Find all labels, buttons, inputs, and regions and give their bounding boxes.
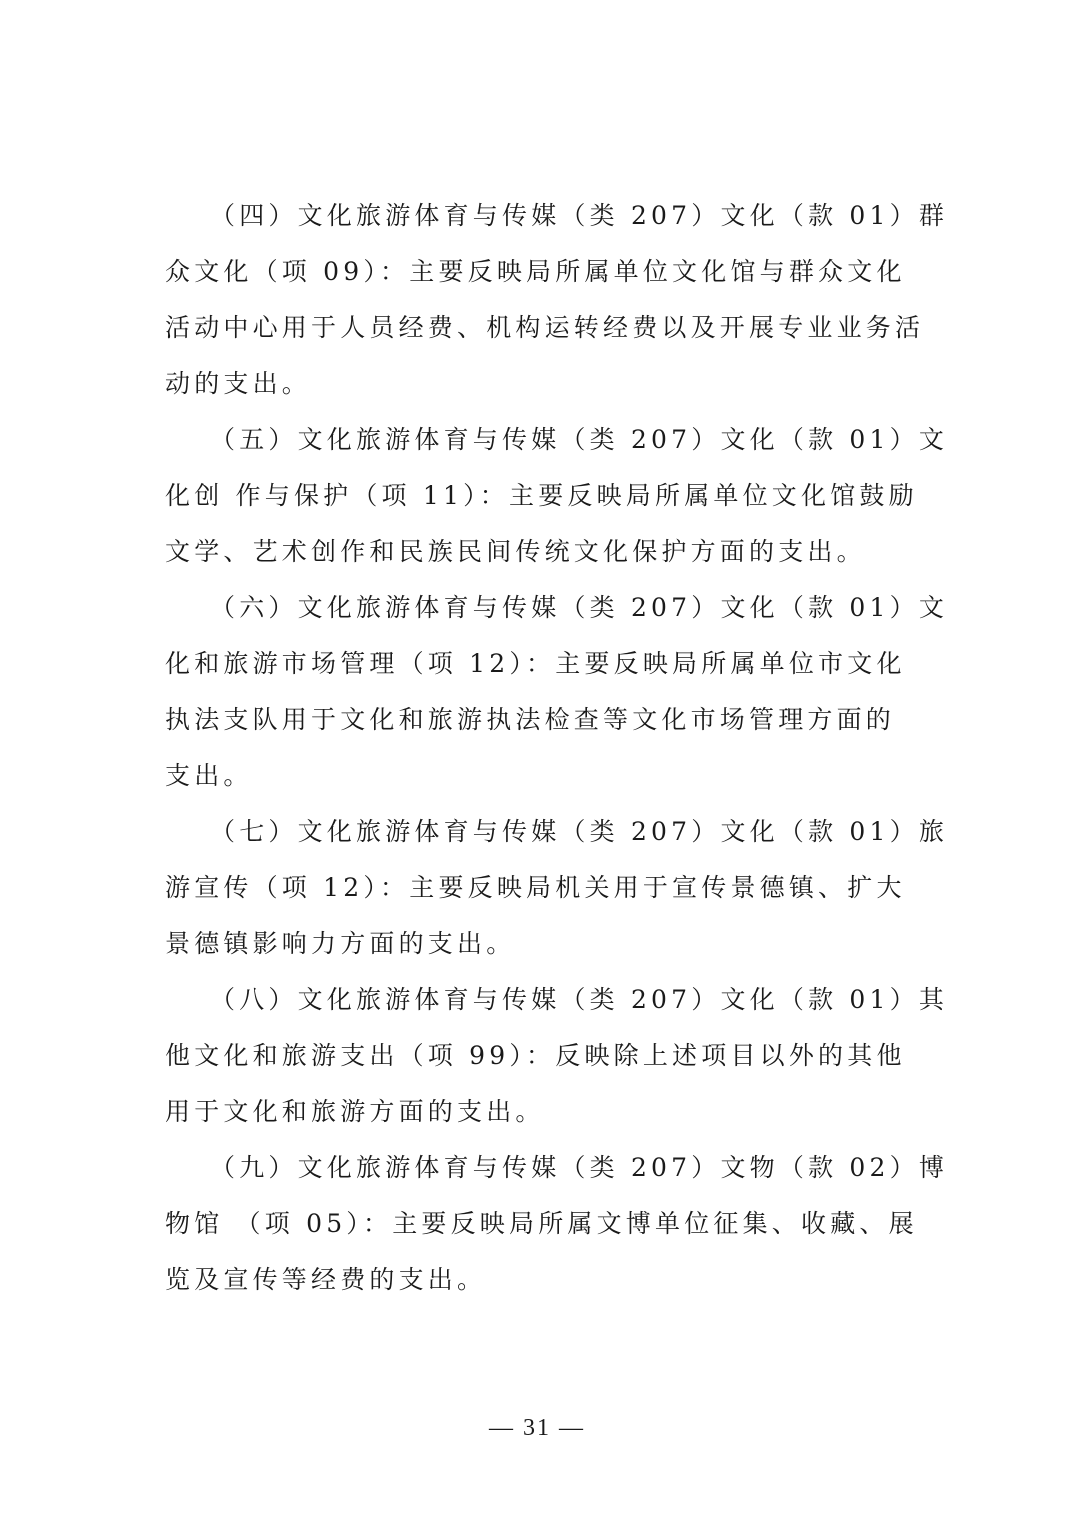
- paragraph-line: 文学、艺术创作和民族民间传统文化保护方面的支出。: [165, 536, 925, 568]
- paragraph-line: （七）文化旅游体育与传媒（类 207）文化（款 01）旅: [210, 816, 925, 848]
- paragraph-line: 化创 作与保护（项 11）：主要反映局所属单位文化馆鼓励: [165, 480, 925, 512]
- paragraph-line: 览及宣传等经费的支出。: [165, 1264, 925, 1296]
- paragraph-line: 执法支队用于文化和旅游执法检查等文化市场管理方面的: [165, 704, 925, 736]
- document-page: （四）文化旅游体育与传媒（类 207）文化（款 01）群 众文化（项 09）：主…: [0, 0, 1074, 1520]
- paragraph-line: 游宣传（项 12）：主要反映局机关用于宣传景德镇、扩大: [165, 872, 925, 904]
- paragraph-line: 动的支出。: [165, 368, 925, 400]
- paragraph-line: 他文化和旅游支出（项 99）：反映除上述项目以外的其他: [165, 1040, 925, 1072]
- paragraph-line: 众文化（项 09）：主要反映局所属单位文化馆与群众文化: [165, 256, 925, 288]
- paragraph-line: （九）文化旅游体育与传媒（类 207）文物（款 02）博: [210, 1152, 925, 1184]
- paragraph-line: （五）文化旅游体育与传媒（类 207）文化（款 01）文: [210, 424, 925, 456]
- page-number: — 31 —: [0, 1412, 1074, 1444]
- paragraph-line: 用于文化和旅游方面的支出。: [165, 1096, 925, 1128]
- paragraph-line: 活动中心用于人员经费、机构运转经费以及开展专业业务活: [165, 312, 925, 344]
- paragraph-line: （四）文化旅游体育与传媒（类 207）文化（款 01）群: [210, 200, 925, 232]
- paragraph-line: 景德镇影响力方面的支出。: [165, 928, 925, 960]
- paragraph-line: 化和旅游市场管理（项 12）：主要反映局所属单位市文化: [165, 648, 925, 680]
- paragraph-line: 支出。: [165, 760, 925, 792]
- paragraph-line: 物馆 （项 05）：主要反映局所属文博单位征集、收藏、展: [165, 1208, 925, 1240]
- paragraph-line: （八）文化旅游体育与传媒（类 207）文化（款 01）其: [210, 984, 925, 1016]
- paragraph-line: （六）文化旅游体育与传媒（类 207）文化（款 01）文: [210, 592, 925, 624]
